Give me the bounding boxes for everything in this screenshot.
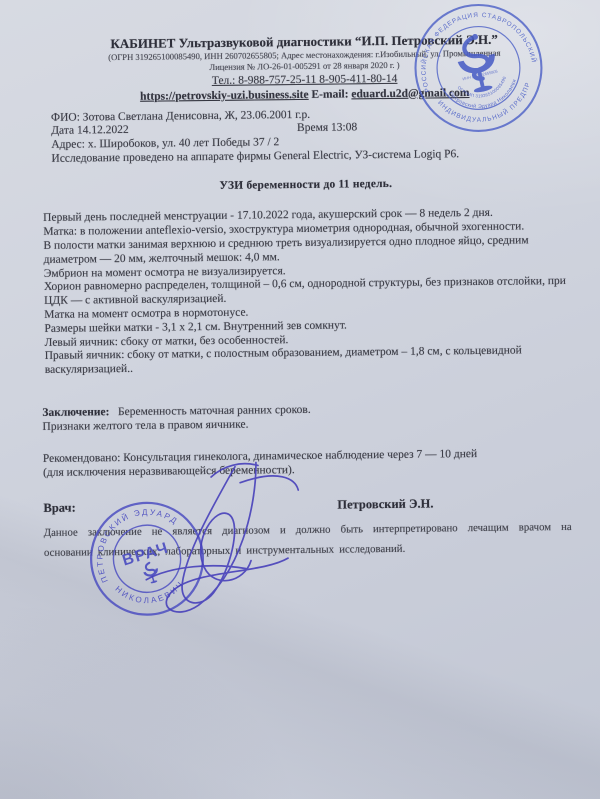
email-label: E-mail: <box>311 88 348 100</box>
doctor-label: Врач: <box>43 501 75 515</box>
paper-sheet: КАБИНЕТ Ультразвуковой диагностики “И.П.… <box>0 0 600 799</box>
disclaimer-text: Данное заключение не является диагнозом … <box>44 518 572 563</box>
exam-time: Время 13:08 <box>297 122 357 135</box>
svg-text:НИКОЛАЕВИЧ: НИКОЛАЕВИЧ <box>112 566 189 615</box>
doctor-name: Петровский Э.Н. <box>337 497 433 512</box>
findings-section: Первый день последней менструации - 17.1… <box>40 206 574 378</box>
doctor-stamp-ring-bottom-text: НИКОЛАЕВИЧ <box>112 566 189 615</box>
clinic-website-link: https://petrovskiy-uzi.business.site <box>140 88 309 102</box>
conclusion-text: Беременность маточная ранних сроков. <box>118 404 311 418</box>
small-bowl-of-hygieia-icon <box>141 561 162 585</box>
patient-info: ФИО: Зотова Светлана Денисовна, Ж, 23.06… <box>51 105 572 166</box>
clinic-email-link: eduard.u2d@gmail.com <box>351 87 469 100</box>
right-ovary-line: Правый яичник: сбоку от матки, с полостн… <box>45 344 574 378</box>
doctor-signature-row: Врач: Петровский Э.Н. <box>43 496 575 516</box>
conclusion-label: Заключение: <box>42 406 109 419</box>
report-body: КАБИНЕТ Ультразвуковой диагностики “И.П.… <box>0 0 600 564</box>
recommendation-section: Рекомендовано: Консультация гинеколога, … <box>43 446 575 481</box>
conclusion-section: Заключение: Беременность маточная ранних… <box>42 401 574 435</box>
photographed-document: КАБИНЕТ Ультразвуковой диагностики “И.П.… <box>0 0 600 799</box>
report-heading: УЗИ беременности до 11 недель. <box>40 176 572 196</box>
